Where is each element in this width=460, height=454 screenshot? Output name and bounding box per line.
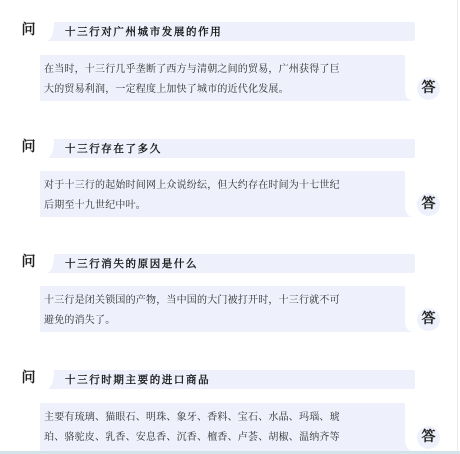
question-bubble[interactable]: 十三行存在了多久 bbox=[54, 139, 415, 158]
question-bubble[interactable]: 十三行对广州城市发展的作用 bbox=[54, 22, 415, 41]
right-divider bbox=[457, 0, 458, 451]
question-icon: 问 bbox=[17, 19, 40, 42]
question-icon: 问 bbox=[17, 136, 40, 159]
answer-bubble: 对于十三行的起始时间网上众说纷纭，但大约存在时间为十七世纪 后期至十九世纪中叶。 bbox=[40, 171, 405, 217]
question-title: 十三行对广州城市发展的作用 bbox=[65, 24, 222, 39]
answer-text: 对于十三行的起始时间网上众说纷纭，但大约存在时间为十七世纪 后期至十九世纪中叶。 bbox=[40, 171, 405, 220]
answer-line: 避免的消失了。 bbox=[44, 311, 399, 331]
question-bubble[interactable]: 十三行时期主要的进口商品 bbox=[54, 370, 415, 389]
question-title: 十三行消失的原因是什么 bbox=[65, 256, 198, 271]
answer-icon: 答 bbox=[417, 77, 440, 100]
answer-line: 珀、骆驼皮、乳香、安息香、沉香、檀香、卢荟、胡椒、温纳齐等 bbox=[44, 428, 399, 448]
answer-bubble: 主要有琉璃、猫眼石、明珠、象牙、香料、宝石、水晶、玛瑙、琥 珀、骆驼皮、乳香、安… bbox=[40, 403, 405, 451]
question-icon: 问 bbox=[17, 251, 40, 274]
answer-icon: 答 bbox=[417, 308, 440, 331]
answer-icon: 答 bbox=[417, 426, 440, 449]
answer-line: 大的贸易利润，一定程度上加快了城市的近代化发展。 bbox=[44, 80, 399, 100]
answer-bubble: 十三行是闭关锁国的产物，当中国的大门被打开时，十三行就不可 避免的消失了。 bbox=[40, 286, 405, 332]
answer-line: 十三行是闭关锁国的产物，当中国的大门被打开时，十三行就不可 bbox=[44, 291, 399, 311]
answer-line: 在当时，十三行几乎垄断了西方与清朝之间的贸易，广州获得了巨 bbox=[44, 60, 399, 80]
question-title: 十三行时期主要的进口商品 bbox=[65, 372, 210, 387]
answer-text: 在当时，十三行几乎垄断了西方与清朝之间的贸易，广州获得了巨 大的贸易利润，一定程… bbox=[40, 55, 405, 104]
answer-line: 对于十三行的起始时间网上众说纷纭，但大约存在时间为十七世纪 bbox=[44, 176, 399, 196]
answer-line: 主要有琉璃、猫眼石、明珠、象牙、香料、宝石、水晶、玛瑙、琥 bbox=[44, 408, 399, 428]
answer-text: 主要有琉璃、猫眼石、明珠、象牙、香料、宝石、水晶、玛瑙、琥 珀、骆驼皮、乳香、安… bbox=[40, 403, 405, 452]
answer-bubble: 在当时，十三行几乎垄断了西方与清朝之间的贸易，广州获得了巨 大的贸易利润，一定程… bbox=[40, 55, 405, 101]
question-title: 十三行存在了多久 bbox=[65, 141, 162, 156]
question-icon: 问 bbox=[17, 367, 40, 390]
answer-icon: 答 bbox=[417, 193, 440, 216]
question-bubble[interactable]: 十三行消失的原因是什么 bbox=[54, 254, 415, 273]
answer-text: 十三行是闭关锁国的产物，当中国的大门被打开时，十三行就不可 避免的消失了。 bbox=[40, 286, 405, 335]
answer-line: 后期至十九世纪中叶。 bbox=[44, 196, 399, 216]
